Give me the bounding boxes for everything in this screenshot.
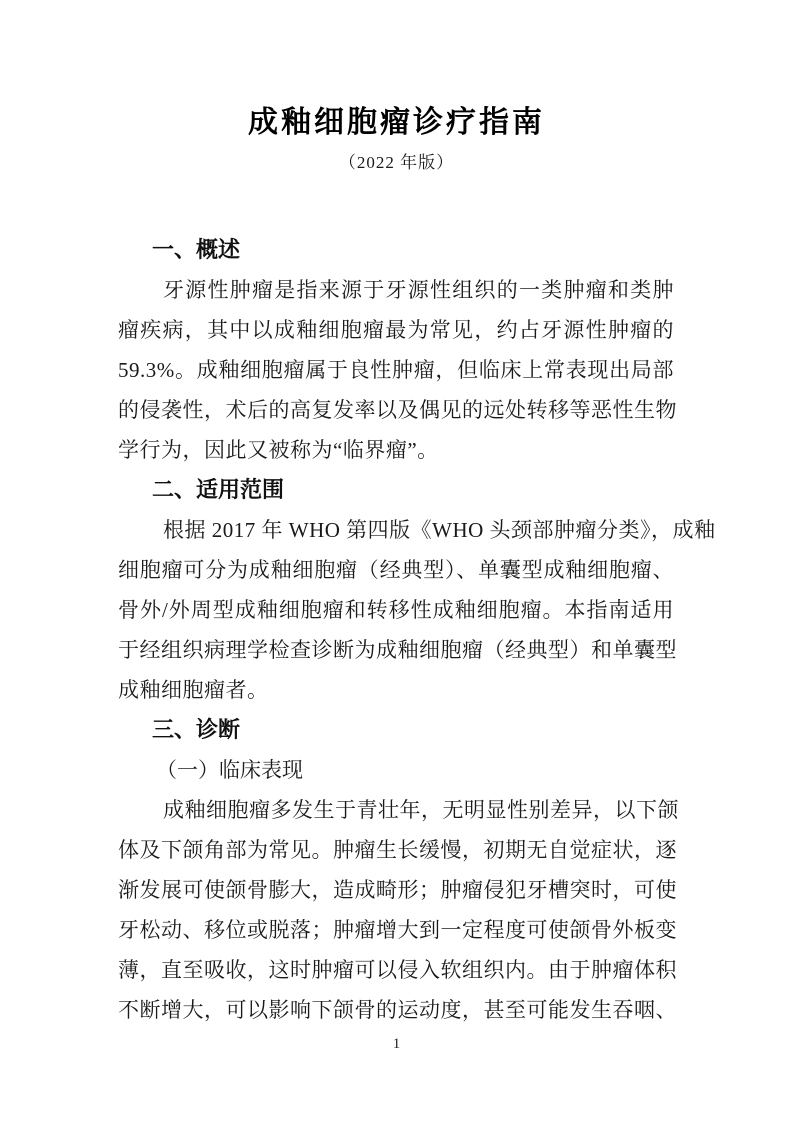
document-subtitle: （2022 年版） [0,148,793,173]
paragraph-line: 根据 2017 年 WHO 第四版《WHO 头颈部肿瘤分类》，成釉 [118,510,674,550]
paragraph-line: 成釉细胞瘤者。 [118,670,674,710]
paragraph-line: 瘤疾病，其中以成釉细胞瘤最为常见，约占牙源性肿瘤的 [118,310,674,350]
paragraph: 成釉细胞瘤多发生于青壮年，无明显性别差异，以下颌体及下颌角部为常见。肿瘤生长缓慢… [118,790,674,1030]
page-number: 1 [0,1036,793,1053]
paragraph-line: 渐发展可使颌骨膨大，造成畸形；肿瘤侵犯牙槽突时，可使 [118,870,674,910]
section-heading: 二、适用范围 [118,470,674,510]
paragraph-line: 牙松动、移位或脱落；肿瘤增大到一定程度可使颌骨外板变 [118,910,674,950]
document-title: 成釉细胞瘤诊疗指南 [0,97,793,141]
paragraph: 牙源性肿瘤是指来源于牙源性组织的一类肿瘤和类肿瘤疾病，其中以成釉细胞瘤最为常见，… [118,270,674,470]
paragraph-line: 成釉细胞瘤多发生于青壮年，无明显性别差异，以下颌 [118,790,674,830]
paragraph-line: 牙源性肿瘤是指来源于牙源性组织的一类肿瘤和类肿 [118,270,674,310]
section-heading: 一、概述 [118,230,674,270]
paragraph-line: 薄，直至吸收，这时肿瘤可以侵入软组织内。由于肿瘤体积 [118,950,674,990]
section-heading: 三、诊断 [118,710,674,750]
sub-heading: （一）临床表现 [118,750,674,790]
paragraph-line: 学行为，因此又被称为“临界瘤”。 [118,430,674,470]
paragraph: 根据 2017 年 WHO 第四版《WHO 头颈部肿瘤分类》，成釉细胞瘤可分为成… [118,510,674,710]
paragraph-line: 59.3%。成釉细胞瘤属于良性肿瘤，但临床上常表现出局部 [118,350,674,390]
paragraph-line: 的侵袭性，术后的高复发率以及偶见的远处转移等恶性生物 [118,390,674,430]
paragraph-line: 不断增大，可以影响下颌骨的运动度，甚至可能发生吞咽、 [118,990,674,1030]
paragraph-line: 细胞瘤可分为成釉细胞瘤（经典型）、单囊型成釉细胞瘤、 [118,550,674,590]
paragraph-line: 体及下颌角部为常见。肿瘤生长缓慢，初期无自觉症状，逐 [118,830,674,870]
paragraph-line: 于经组织病理学检查诊断为成釉细胞瘤（经典型）和单囊型 [118,630,674,670]
document-page: 成釉细胞瘤诊疗指南 （2022 年版） 一、概述牙源性肿瘤是指来源于牙源性组织的… [0,0,793,1122]
paragraph-line: 骨外/外周型成釉细胞瘤和转移性成釉细胞瘤。本指南适用 [118,590,674,630]
document-blocks: 一、概述牙源性肿瘤是指来源于牙源性组织的一类肿瘤和类肿瘤疾病，其中以成釉细胞瘤最… [118,230,674,1030]
